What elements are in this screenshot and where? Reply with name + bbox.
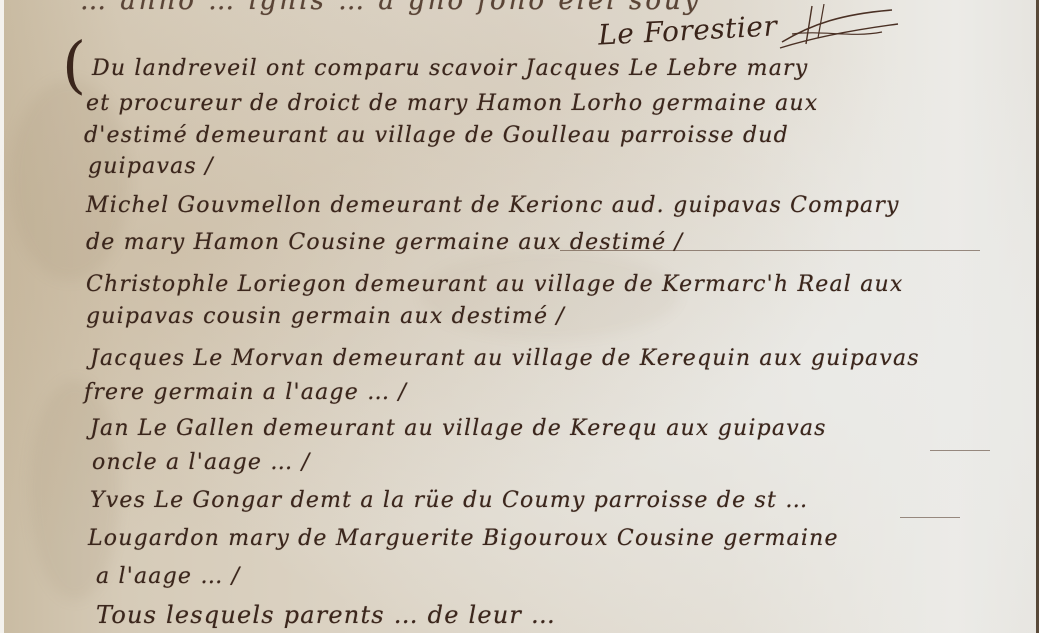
manuscript-line: Du landreveil ont comparu scavoir Jacque… bbox=[92, 58, 808, 80]
manuscript-line: Lougardon mary de Marguerite Bigouroux C… bbox=[88, 528, 839, 550]
line-filler-rule bbox=[930, 450, 990, 451]
manuscript-line: guipavas / bbox=[88, 156, 214, 178]
paraph-flourish-icon bbox=[772, 4, 902, 54]
manuscript-line: Tous lesquels parents … de leur … bbox=[96, 603, 556, 627]
manuscript-line: Michel Gouvmellon demeurant de Kerionc a… bbox=[86, 195, 900, 217]
bracket-flourish: ( bbox=[62, 28, 86, 101]
manuscript-line: oncle a l'aage … / bbox=[92, 452, 310, 474]
manuscript-line: frere germain a l'aage … / bbox=[84, 382, 407, 404]
manuscript-line: Jan Le Gallen demeurant au village de Ke… bbox=[90, 418, 827, 440]
manuscript-page: … anno … ignis … a gno fono elel souy ( … bbox=[0, 0, 1039, 633]
manuscript-line: Yves Le Gongar demt a la rüe du Coumy pa… bbox=[90, 490, 808, 512]
line-filler-rule bbox=[560, 250, 980, 251]
manuscript-line: d'estimé demeurant au village de Goullea… bbox=[84, 125, 789, 147]
scan-left-margin bbox=[0, 0, 4, 633]
manuscript-line: a l'aage … / bbox=[96, 566, 240, 588]
top-fragment-line: … anno … ignis … a gno fono elel souy bbox=[80, 0, 701, 14]
manuscript-line: Jacques Le Morvan demeurant au village d… bbox=[90, 348, 920, 370]
manuscript-line: et procureur de droict de mary Hamon Lor… bbox=[86, 93, 818, 115]
line-filler-rule bbox=[900, 517, 960, 518]
manuscript-line: guipavas cousin germain aux destimé / bbox=[86, 306, 565, 328]
manuscript-line: Christophle Loriegon demeurant au villag… bbox=[86, 274, 904, 296]
